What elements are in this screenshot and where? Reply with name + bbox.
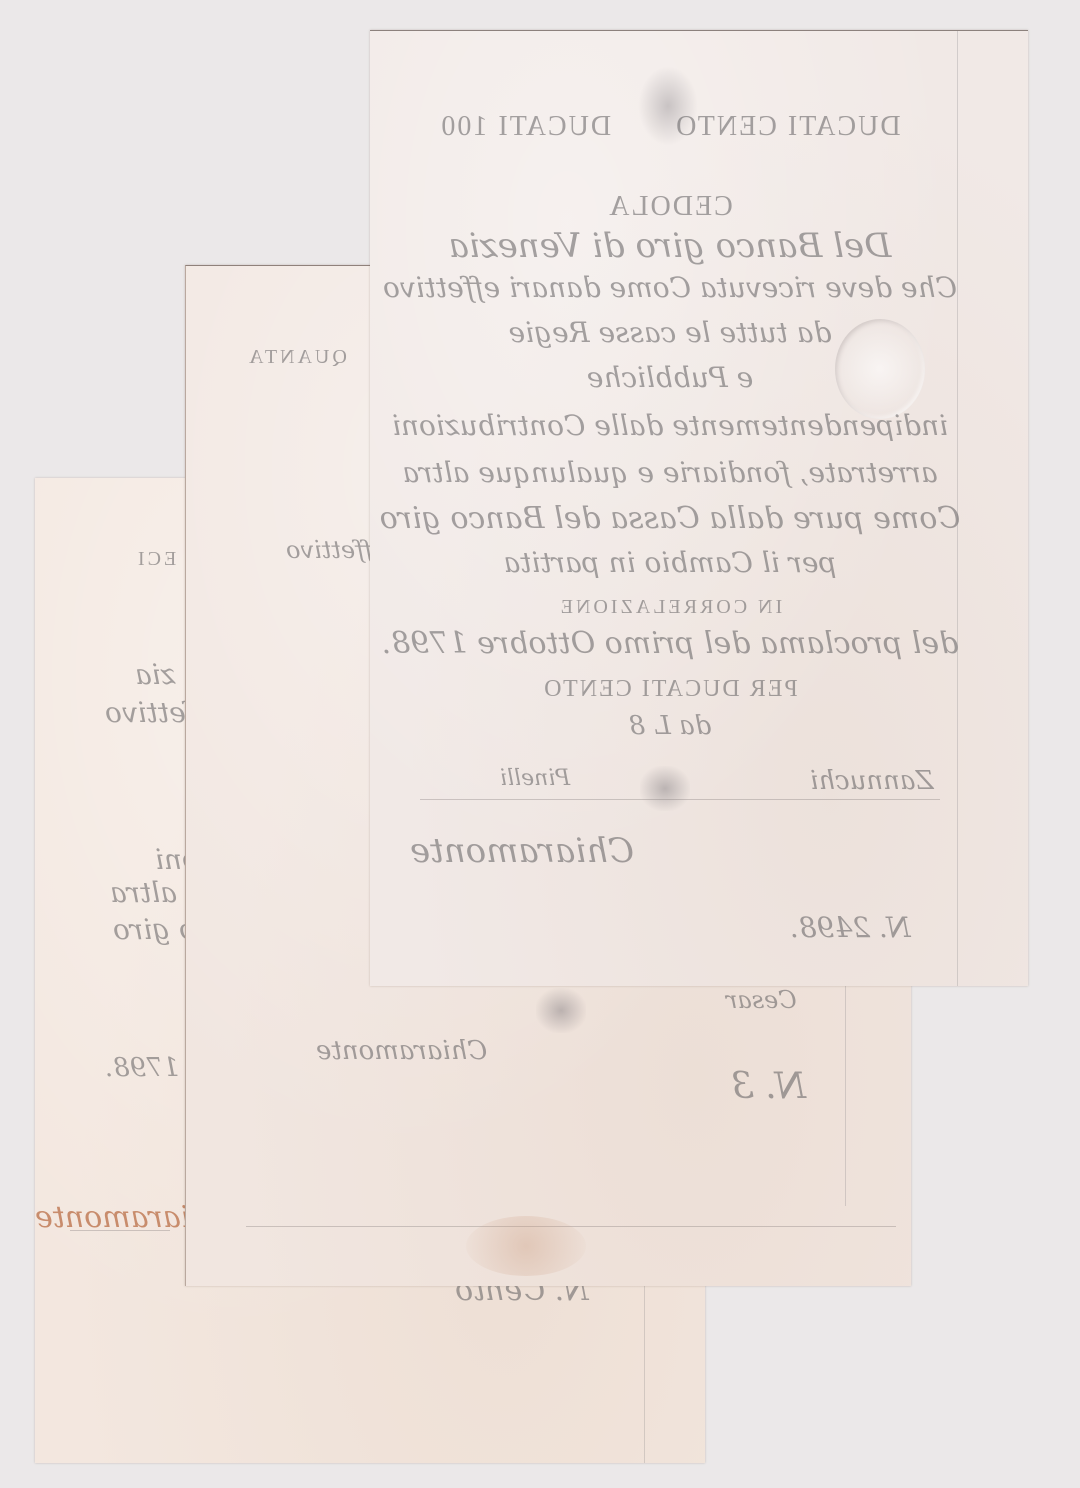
stain xyxy=(466,1216,586,1276)
header-fragment: QUANTA xyxy=(246,346,347,369)
header-right: DUCATI CENTO xyxy=(674,111,900,142)
serial-number: N. 3 xyxy=(731,1066,806,1107)
embossed-seal xyxy=(835,319,925,419)
crest-stamp xyxy=(640,766,690,811)
signature: Chiaramonte xyxy=(410,831,634,871)
signature: Zannuchi xyxy=(810,766,933,796)
text-line: PER DUCATI CENTO xyxy=(370,676,970,703)
text-line: arretrate, fondiarie e qualunque altra xyxy=(370,456,970,489)
ornamental-border xyxy=(957,31,1028,986)
text-line: Come pure dalla Cassa del Banco giro xyxy=(370,501,970,536)
ornamental-border xyxy=(845,986,911,1206)
text-line: Che deve ricevuta Come danari effettivo xyxy=(370,271,970,304)
signature-line xyxy=(420,799,940,800)
crest-stamp xyxy=(536,988,586,1033)
text-line: per il Cambio in partita xyxy=(370,546,970,579)
title: CEDOLA xyxy=(370,191,970,223)
text-line: del proclama del primo Ottobre 1798. xyxy=(370,626,970,661)
text-fragment: zia xyxy=(135,658,175,691)
text-fragment: altra xyxy=(110,876,177,909)
ornamental-border xyxy=(644,1278,705,1463)
header: DUCATI CENTO DUCATI 100 xyxy=(400,111,940,143)
text-fragment: Cesar xyxy=(726,986,797,1014)
serial-number: N. 2498. xyxy=(790,911,911,944)
signature: Chiaramonte xyxy=(316,1036,487,1066)
text-line: Del Banco giro di Venezia xyxy=(370,226,970,266)
header-left: DUCATI 100 xyxy=(439,111,611,142)
text-line: indipendentemente dalle Contribuzioni xyxy=(370,409,970,442)
banknote-sheet-front: DUCATI CENTO DUCATI 100 CEDOLA Del Banco… xyxy=(370,30,1028,986)
text-line: IN CORRELAZIONE xyxy=(370,596,970,619)
signature: Pinelli xyxy=(500,766,570,791)
text-line: da L 8 xyxy=(370,711,970,741)
header-fragment: ECI xyxy=(135,548,176,571)
